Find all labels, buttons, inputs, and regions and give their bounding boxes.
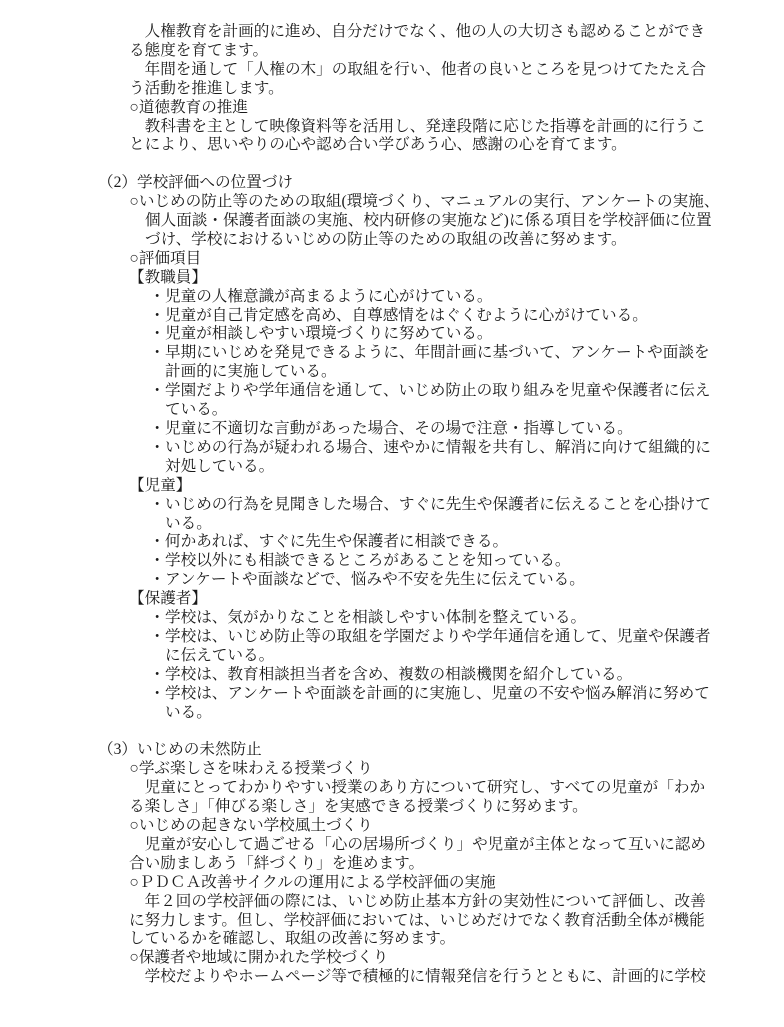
heading-open-school: ○保護者や地域に開かれた学校づくり [145, 949, 720, 968]
para-moral-education: 教科書を主として映像資料等を活用し、発達段階に応じた指導を計画的に行うこ とによ… [129, 118, 720, 156]
para-pdca-cycle: 年２回の学校評価の際には、いじめ防止基本方針の実効性について評価し、改善 に努力… [129, 893, 720, 950]
bullet-children-2: ・何かあれば、すぐに先生や保護者に相談できる。 [165, 533, 720, 552]
heading-pdca-cycle: ○ＰＤＣＡ改善サイクルの運用による学校評価の実施 [145, 874, 720, 893]
bullet-teachers-3: ・児童が相談しやすい環境づくりに努めている。 [165, 325, 720, 344]
para-fun-lessons: 児童にとってわかりやすい授業のあり方について研究し、すべての児童が「わか る楽し… [129, 779, 720, 817]
group-label-teachers: 【教職員】 [129, 269, 720, 288]
heading-moral-education: ○道徳教育の推進 [145, 99, 720, 118]
document-body: 人権教育を計画的に進め、自分だけでなく、他の人の大切さも認めることができ る態度… [98, 23, 720, 987]
spacer-1 [98, 155, 720, 174]
group-label-guardians: 【保護者】 [129, 590, 720, 609]
section-heading-2: （2）学校評価への位置づけ [98, 174, 720, 193]
bullet-children-4: ・アンケートや面談などで、悩みや不安を先生に伝えている。 [165, 571, 720, 590]
group-label-children: 【児童】 [129, 477, 720, 496]
bullet-guardians-1: ・学校は、気がかりなことを相談しやすい体制を整えている。 [165, 609, 720, 628]
bullet-teachers-1: ・児童の人権意識が高まるように心がけている。 [165, 288, 720, 307]
para-human-rights-1: 人権教育を計画的に進め、自分だけでなく、他の人の大切さも認めることができ る態度… [129, 23, 720, 61]
bullet-guardians-3: ・学校は、教育相談担当者を含め、複数の相談機関を紹介している。 [165, 666, 720, 685]
bullet-teachers-5: ・学園だよりや学年通信を通して、いじめ防止の取り組みを児童や保護者に伝え ている… [165, 382, 720, 420]
bullet-children-3: ・学校以外にも相談できるところがあることを知っている。 [165, 552, 720, 571]
para-open-school: 学校だよりやホームページ等で積極的に情報発信を行うとともに、計画的に学校 [129, 968, 720, 987]
item-evaluation-criteria: ○評価項目 [145, 250, 720, 269]
para-human-rights-tree: 年間を通して「人権の木」の取組を行い、他者の良いところを見つけてたたえ合 う活動… [129, 61, 720, 99]
bullet-guardians-4: ・学校は、アンケートや面談を計画的に実施し、児童の不安や悩み解消に努めて いる。 [165, 685, 720, 723]
bullet-children-1: ・いじめの行為を見聞きした場合、すぐに先生や保護者に伝えることを心掛けて いる。 [165, 496, 720, 534]
bullet-guardians-2: ・学校は、いじめ防止等の取組を学園だよりや学年通信を通して、児童や保護者 に伝え… [165, 628, 720, 666]
section-heading-3: （3）いじめの未然防止 [98, 741, 720, 760]
heading-fun-lessons: ○学ぶ楽しさを味わえる授業づくり [145, 760, 720, 779]
heading-school-culture: ○いじめの起きない学校風土づくり [145, 817, 720, 836]
bullet-teachers-4: ・早期にいじめを発見できるように、年間計画に基づいて、アンケートや面談を 計画的… [165, 344, 720, 382]
bullet-teachers-2: ・児童が自己肯定感を高め、自尊感情をはぐくむように心がけている。 [165, 307, 720, 326]
bullet-teachers-6: ・児童に不適切な言動があった場合、その場で注意・指導している。 [165, 420, 720, 439]
item-school-evaluation-placement: ○いじめの防止等のための取組(環境づくり、マニュアルの実行、アンケートの実施、 … [145, 193, 720, 250]
para-school-culture: 児童が安心して過ごせる「心の居場所づくり」や児童が主体となって互いに認め 合い励… [129, 836, 720, 874]
bullet-teachers-7: ・いじめの行為が疑われる場合、速やかに情報を共有し、解消に向けて組織的に 対処し… [165, 439, 720, 477]
spacer-2 [98, 723, 720, 742]
